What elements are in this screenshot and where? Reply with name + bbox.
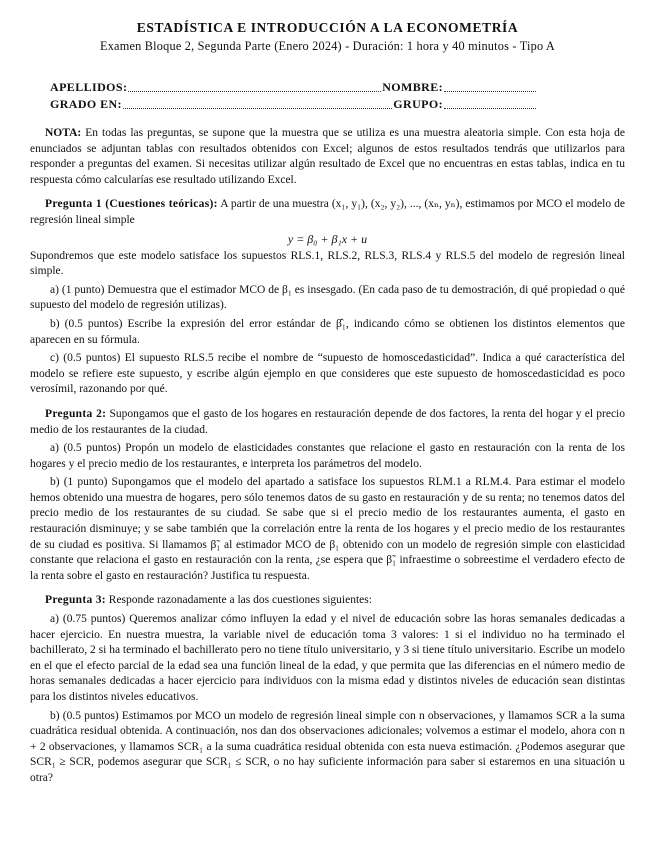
exam-title: ESTADÍSTICA E INTRODUCCIÓN A LA ECONOMET… xyxy=(30,20,625,36)
apellidos-label: APELLIDOS: xyxy=(50,80,127,95)
nota-paragraph: NOTA: En todas las preguntas, se supone … xyxy=(30,126,625,188)
student-info-form: APELLIDOS: NOMBRE: GRADO EN: GRUPO: xyxy=(50,78,537,112)
form-row-apellidos-nombre: APELLIDOS: NOMBRE: xyxy=(50,78,537,95)
regression-model-formula: y = β₀ + β₁x + u xyxy=(30,232,625,247)
nombre-fill-line xyxy=(444,90,536,92)
question-3-heading: Pregunta 3: xyxy=(45,594,106,606)
nombre-label: NOMBRE: xyxy=(382,80,443,95)
question-1-supuestos: Supondremos que este modelo satisface lo… xyxy=(30,249,625,280)
question-3: Pregunta 3: Responde razonadamente a las… xyxy=(30,593,625,786)
question-2-heading: Pregunta 2: xyxy=(45,408,106,420)
question-3-item-a: a) (0.75 puntos) Queremos analizar cómo … xyxy=(30,612,625,706)
question-2-intro-paragraph: Pregunta 2: Supongamos que el gasto de l… xyxy=(30,407,625,438)
exam-page: ESTADÍSTICA E INTRODUCCIÓN A LA ECONOMET… xyxy=(0,0,655,848)
grado-fill-line xyxy=(123,107,392,109)
question-1-item-b: b) (0.5 puntos) Escribe la expresión del… xyxy=(30,317,625,348)
question-2-item-a: a) (0.5 puntos) Propón un modelo de elas… xyxy=(30,441,625,472)
question-2-intro: Supongamos que el gasto de los hogares e… xyxy=(30,408,625,436)
question-1-intro-paragraph: Pregunta 1 (Cuestiones teóricas): A part… xyxy=(30,197,625,228)
question-1-item-c: c) (0.5 puntos) El supuesto RLS.5 recibe… xyxy=(30,351,625,398)
grupo-label: GRUPO: xyxy=(393,97,443,112)
question-3-item-b: b) (0.5 puntos) Estimamos por MCO un mod… xyxy=(30,709,625,787)
question-2: Pregunta 2: Supongamos que el gasto de l… xyxy=(30,407,625,585)
question-1-item-a: a) (1 punto) Demuestra que el estimador … xyxy=(30,283,625,314)
form-row-grado-grupo: GRADO EN: GRUPO: xyxy=(50,95,537,112)
apellidos-fill-line xyxy=(128,90,381,92)
question-1-heading: Pregunta 1 (Cuestiones teóricas): xyxy=(45,198,218,210)
question-3-intro: Responde razonadamente a las dos cuestio… xyxy=(109,594,372,606)
question-3-intro-paragraph: Pregunta 3: Responde razonadamente a las… xyxy=(30,593,625,609)
exam-subtitle: Examen Bloque 2, Segunda Parte (Enero 20… xyxy=(30,39,625,54)
question-1: Pregunta 1 (Cuestiones teóricas): A part… xyxy=(30,197,625,398)
grado-label: GRADO EN: xyxy=(50,97,122,112)
nota-label: NOTA: xyxy=(45,127,81,139)
nota-text: En todas las preguntas, se supone que la… xyxy=(30,127,625,186)
grupo-fill-line xyxy=(444,107,536,109)
exam-body: NOTA: En todas las preguntas, se supone … xyxy=(30,126,625,787)
question-2-item-b: b) (1 punto) Supongamos que el modelo de… xyxy=(30,475,625,584)
